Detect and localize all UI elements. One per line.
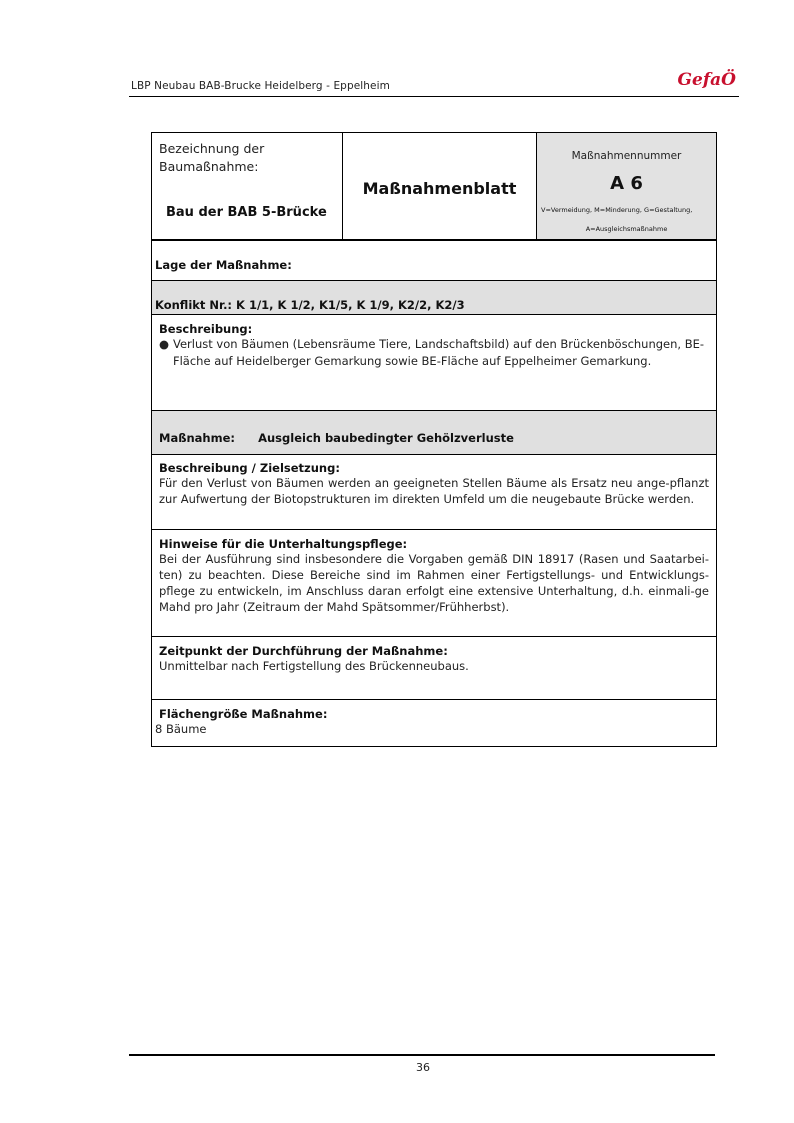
company-logo: GefaÖ (678, 70, 736, 90)
measure-type-legend-2: A=Ausgleichsmaßnahme (537, 225, 716, 233)
flaechengroesse-value: 8 Bäume (155, 721, 709, 737)
sheet-title: Maßnahmenblatt (343, 133, 537, 239)
sheet-header-row: Bezeichnung der Baumaßnahme: Bau der BAB… (152, 133, 716, 241)
konflikt-row: Konflikt Nr.: K 1/1, K 1/2, K1/5, K 1/9,… (152, 281, 716, 315)
beschreibung-list-item: ● Verlust von Bäumen (Lebensräume Tiere,… (159, 336, 709, 370)
footer-divider (129, 1054, 715, 1056)
measure-type-legend: V=Vermeidung, M=Minderung, G=Gestaltung, (541, 206, 714, 214)
document-header-title: LBP Neubau BAB-Brucke Heidelberg - Eppel… (131, 80, 390, 92)
unterhaltungspflege-label: Hinweise für die Unterhaltungspflege: (159, 537, 709, 551)
massnahme-row: Maßnahme: Ausgleich baubedingter Gehölzv… (152, 411, 716, 455)
page-number: 36 (0, 1061, 794, 1074)
measure-number-cell: Maßnahmennummer A 6 V=Vermeidung, M=Mind… (537, 133, 716, 239)
beschreibung-label: Beschreibung: (159, 322, 709, 336)
zielsetzung-text: Für den Verlust von Bäumen werden an gee… (159, 475, 709, 507)
zeitpunkt-text: Unmittelbar nach Fertigstellung des Brüc… (159, 658, 709, 674)
bezeichnung-value: Bau der BAB 5-Brücke (166, 204, 327, 222)
massnahme-label: Maßnahme: (159, 431, 235, 445)
konflikt-label: Konflikt Nr.: K 1/1, K 1/2, K1/5, K 1/9,… (155, 298, 465, 312)
lage-row: Lage der Maßnahme: (152, 241, 716, 281)
flaechengroesse-row: Flächengröße Maßnahme: 8 Bäume (152, 700, 716, 746)
unterhaltungspflege-text: Bei der Ausführung sind insbesondere die… (159, 551, 709, 615)
zielsetzung-row: Beschreibung / Zielsetzung: Für den Verl… (152, 455, 716, 530)
measure-sheet-table: Bezeichnung der Baumaßnahme: Bau der BAB… (151, 132, 717, 747)
flaechengroesse-label: Flächengröße Maßnahme: (155, 707, 709, 721)
header-divider (129, 96, 739, 97)
bezeichnung-label: Bezeichnung der Baumaßnahme: (159, 140, 335, 176)
bezeichnung-cell: Bezeichnung der Baumaßnahme: Bau der BAB… (152, 133, 343, 239)
unterhaltungspflege-row: Hinweise für die Unterhaltungspflege: Be… (152, 530, 716, 637)
measure-number-value: A 6 (537, 173, 716, 194)
bullet-icon: ● (159, 336, 173, 370)
massnahme-value: Ausgleich baubedingter Gehölzverluste (258, 431, 514, 445)
measure-number-label: Maßnahmennummer (537, 150, 716, 162)
beschreibung-text: Verlust von Bäumen (Lebensräume Tiere, L… (173, 336, 709, 370)
beschreibung-row: Beschreibung: ● Verlust von Bäumen (Lebe… (152, 315, 716, 411)
zielsetzung-label: Beschreibung / Zielsetzung: (159, 461, 709, 475)
zeitpunkt-row: Zeitpunkt der Durchführung der Maßnahme:… (152, 637, 716, 700)
lage-label: Lage der Maßnahme: (155, 258, 292, 272)
zeitpunkt-label: Zeitpunkt der Durchführung der Maßnahme: (159, 644, 709, 658)
